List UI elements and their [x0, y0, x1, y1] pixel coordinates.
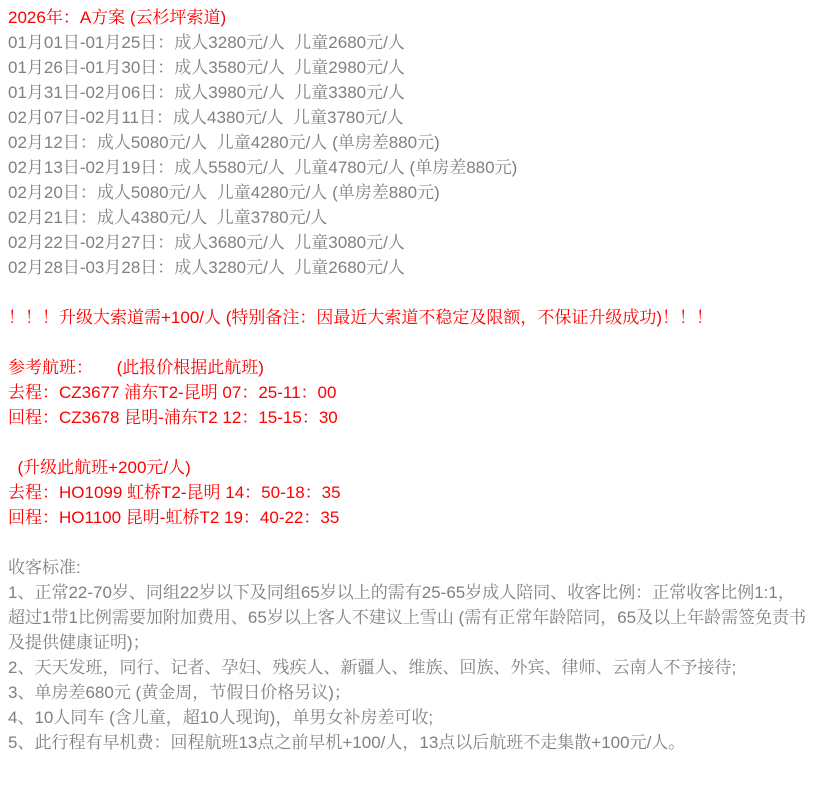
blank-line [8, 430, 810, 455]
price-row: 01月01日-01月25日：成人3280元/人 儿童2680元/人 [8, 30, 810, 55]
price-row: 01月26日-01月30日：成人3580元/人 儿童2980元/人 [8, 55, 810, 80]
plan-title: 2026年：A方案 (云杉坪索道) [8, 5, 810, 30]
price-row: 02月20日：成人5080元/人 儿童4280元/人 (单房差880元) [8, 180, 810, 205]
rule-item: 2、天天发班，同行、记者、孕妇、残疾人、新疆人、维族、回族、外宾、律师、云南人不… [8, 655, 810, 680]
rule-item: 3、单房差680元 (黄金周，节假日价格另议)； [8, 680, 810, 705]
price-row: 02月12日：成人5080元/人 儿童4280元/人 (单房差880元) [8, 130, 810, 155]
tour-pricing-document: 2026年：A方案 (云杉坪索道) 01月01日-01月25日：成人3280元/… [0, 0, 818, 800]
price-row: 02月22日-02月27日：成人3680元/人 儿童3080元/人 [8, 230, 810, 255]
price-row: 02月21日：成人4380元/人 儿童3780元/人 [8, 205, 810, 230]
upgrade-return-flight: 回程：HO1100 昆明-虹桥T2 19：40-22：35 [8, 505, 810, 530]
upgrade-outbound-flight: 去程：HO1099 虹桥T2-昆明 14：50-18：35 [8, 480, 810, 505]
upgrade-warning: ！！！升级大索道需+100/人 (特别备注：因最近大索道不稳定及限额，不保证升级… [8, 305, 810, 330]
upgrade-flights-header: (升级此航班+200元/人) [8, 455, 810, 480]
rule-item: 4、10人同车 (含儿童，超10人现询)，单男女补房差可收; [8, 705, 810, 730]
rule-item: 5、此行程有早机费：回程航班13点之前早机+100/人，13点以后航班不走集散+… [8, 730, 810, 755]
price-row: 02月13日-02月19日：成人5580元/人 儿童4780元/人 (单房差88… [8, 155, 810, 180]
blank-line [8, 330, 810, 355]
price-row: 02月07日-02月11日：成人4380元/人 儿童3780元/人 [8, 105, 810, 130]
reference-flights-header: 参考航班： (此报价根据此航班) [8, 355, 810, 380]
rule-item: 1、正常22-70岁、同组22岁以下及同组65岁以上的需有25-65岁成人陪同、… [8, 580, 810, 655]
blank-line [8, 530, 810, 555]
reference-outbound-flight: 去程：CZ3677 浦东T2-昆明 07：25-11：00 [8, 380, 810, 405]
reference-return-flight: 回程：CZ3678 昆明-浦东T2 12：15-15：30 [8, 405, 810, 430]
booking-rules-header: 收客标准: [8, 555, 810, 580]
price-row: 02月28日-03月28日：成人3280元/人 儿童2680元/人 [8, 255, 810, 280]
blank-line [8, 280, 810, 305]
price-row: 01月31日-02月06日：成人3980元/人 儿童3380元/人 [8, 80, 810, 105]
